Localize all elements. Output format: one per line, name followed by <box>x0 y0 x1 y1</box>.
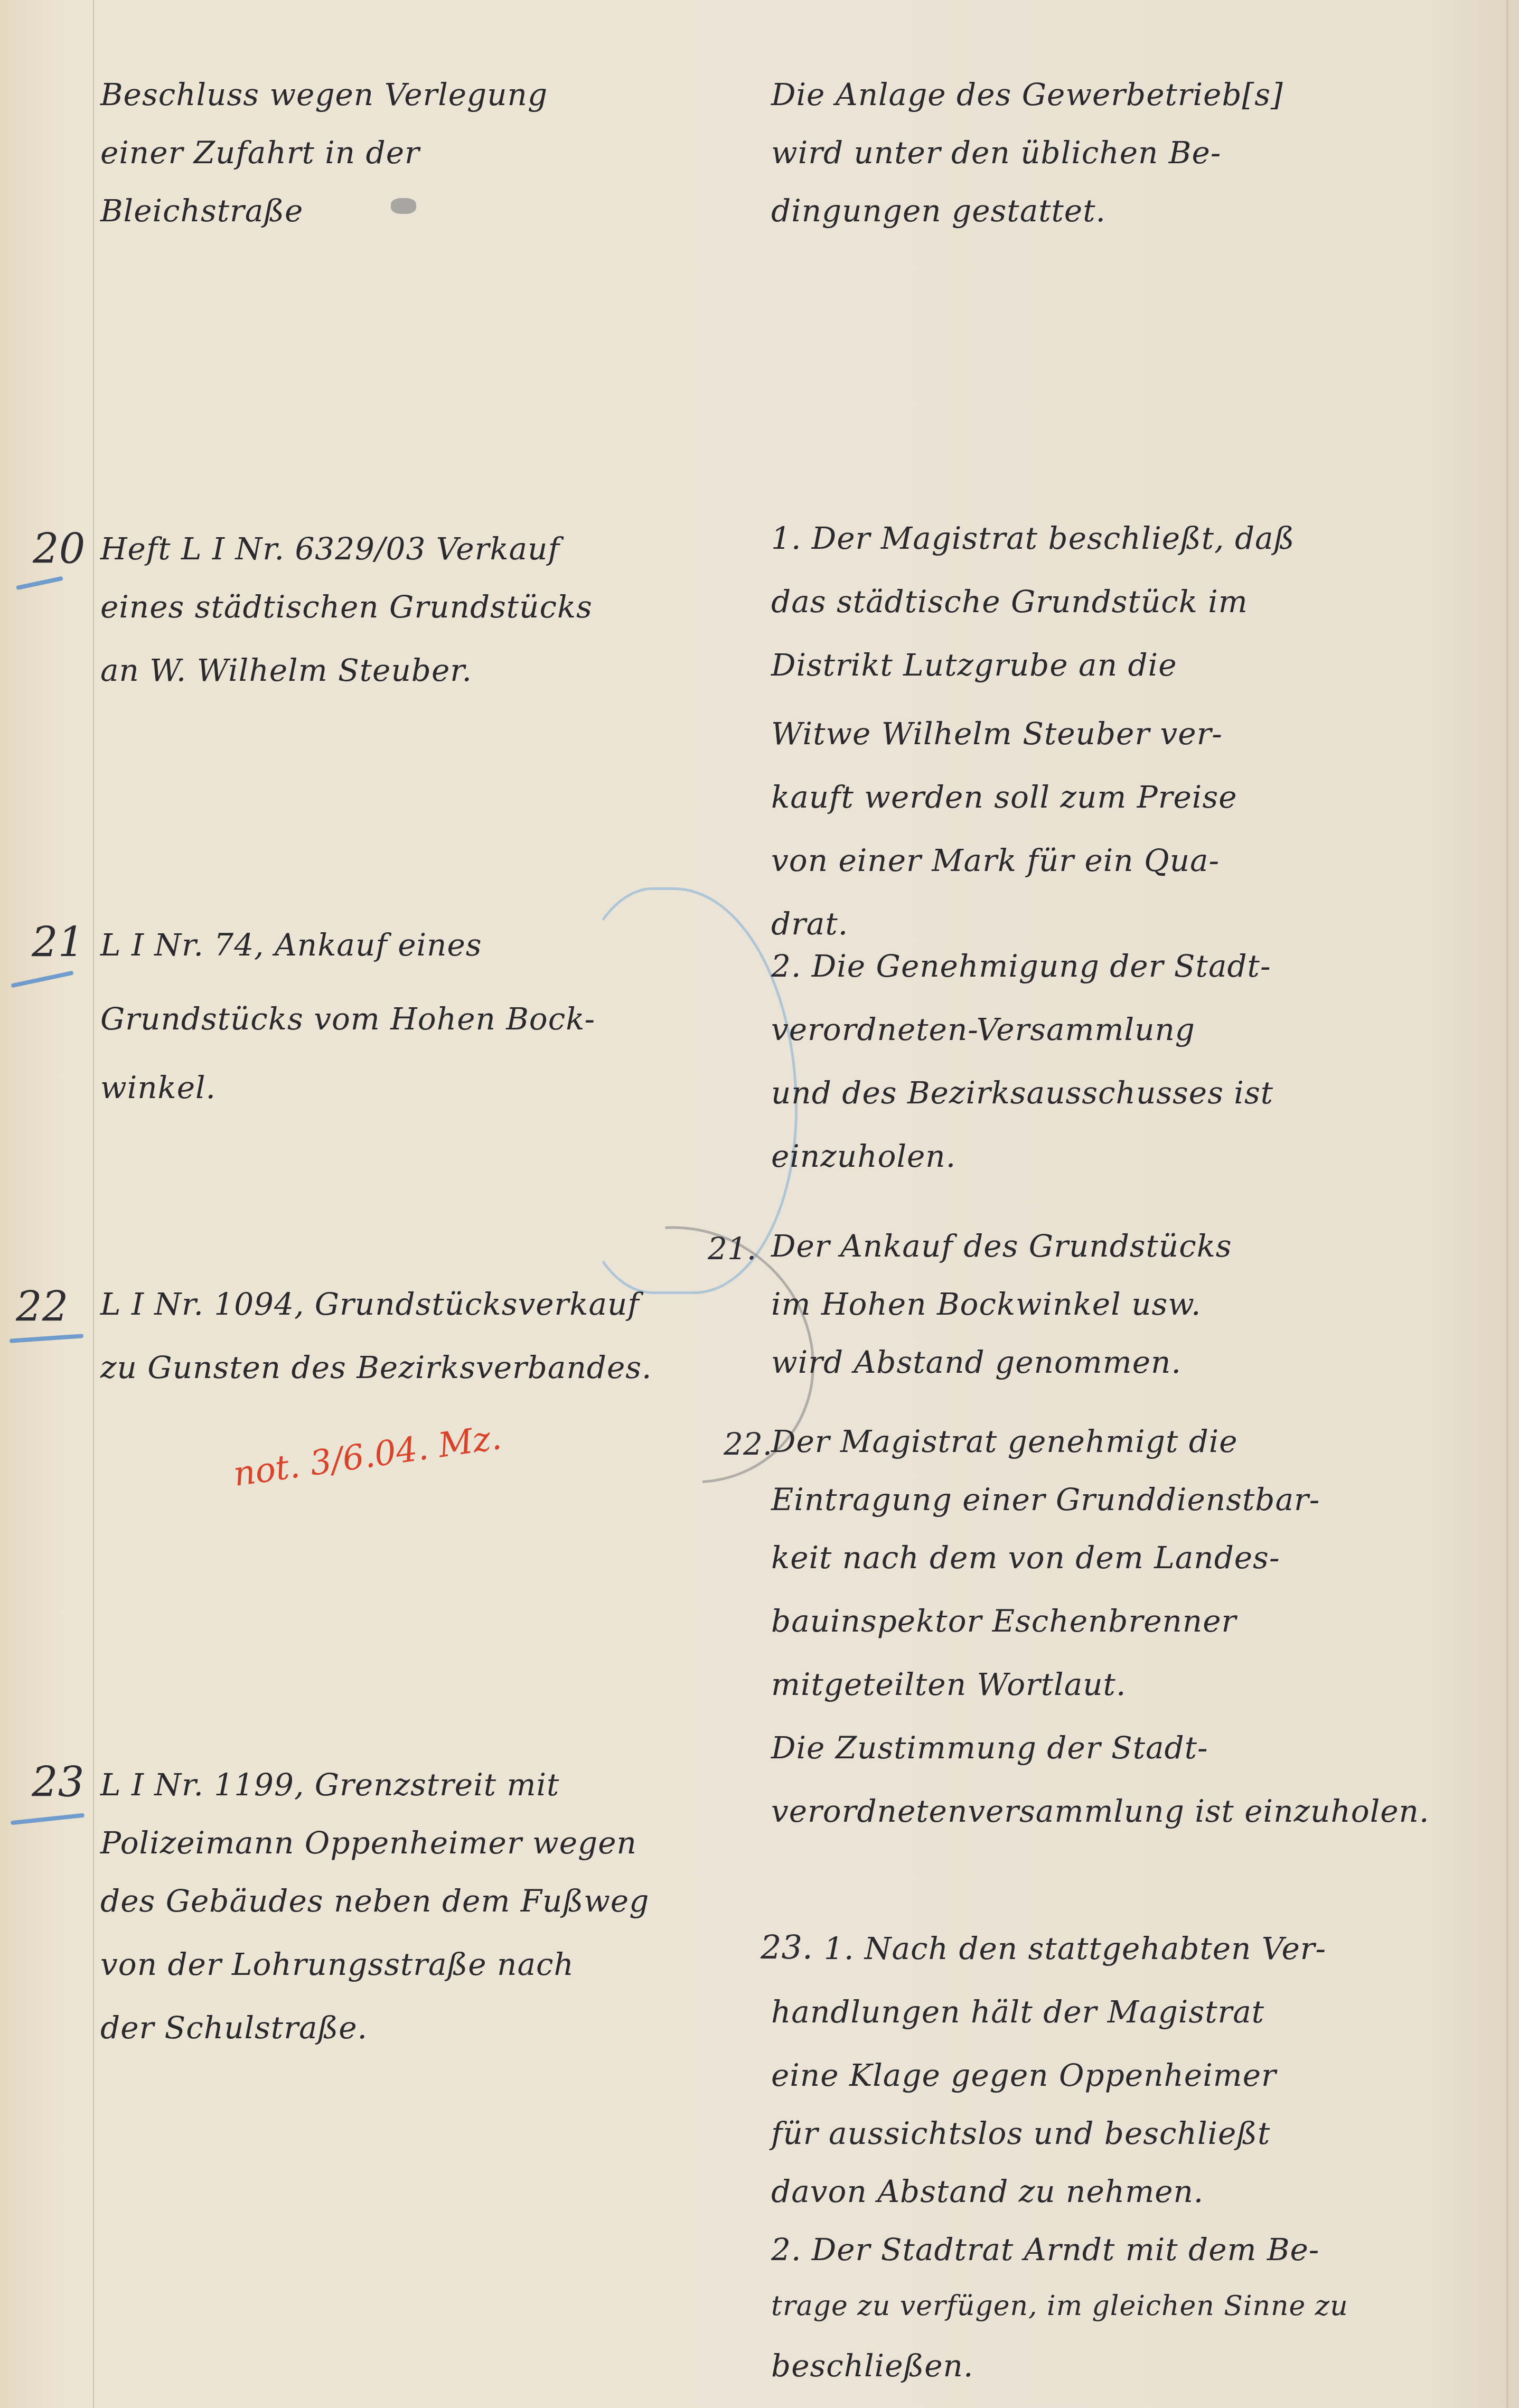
text-line: Distrikt Lutzgrube an die <box>771 650 1177 680</box>
text-line: kauft werden soll zum Preise <box>771 782 1237 812</box>
text-line: zu Gunsten des Bezirksverbandes. <box>100 1352 652 1383</box>
ink-blot <box>391 198 416 214</box>
blue-margin-tick <box>11 971 73 988</box>
text-line: 1. Der Magistrat beschließt, daß <box>771 523 1295 554</box>
page-edge <box>1506 0 1508 2408</box>
text-line: 2. Der Stadtrat Arndt mit dem Be- <box>771 2234 1319 2265</box>
text-line: verordnetenversammlung ist einzuholen. <box>771 1796 1429 1826</box>
text-line: Der Ankauf des Grundstücks <box>771 1231 1232 1261</box>
text-line: und des Bezirksausschusses ist <box>771 1077 1273 1108</box>
text-line: 2. Die Genehmigung der Stadt- <box>771 951 1271 981</box>
text-line: handlungen hält der Magistrat <box>771 1997 1264 2027</box>
text-line: eines städtischen Grundstücks <box>100 592 593 622</box>
text-line: von der Lohrungsstraße nach <box>100 1949 574 1980</box>
text-line: das städtische Grundstück im <box>771 586 1248 617</box>
text-line: davon Abstand zu nehmen. <box>771 2176 1204 2207</box>
text-line: verordneten-Versammlung <box>771 1014 1195 1045</box>
entry-number-22: 22 <box>16 1283 68 1331</box>
text-line: von einer Mark für ein Qua- <box>771 845 1220 876</box>
text-line: bauinspektor Eschenbrenner <box>771 1606 1236 1636</box>
text-line: Polizeimann Oppenheimer wegen <box>100 1828 637 1858</box>
text-line: L I Nr. 1094, Grundstücksverkauf <box>100 1289 640 1319</box>
text-line: 1. Nach den stattgehabten Ver- <box>824 1933 1326 1964</box>
entry-number-23-right: 23. <box>761 1928 813 1966</box>
blue-margin-tick <box>11 1813 85 1825</box>
text-line: Die Zustimmung der Stadt- <box>771 1732 1208 1763</box>
text-line: Bleichstraße <box>100 195 303 226</box>
entry-number-21: 21 <box>32 919 84 967</box>
text-line: Eintragung einer Grunddienstbar- <box>771 1484 1320 1515</box>
text-line: Witwe Wilhelm Steuber ver- <box>771 718 1223 749</box>
entry-number-22-right: 22. <box>724 1426 772 1462</box>
text-line: Der Magistrat genehmigt die <box>771 1426 1238 1457</box>
red-annotation: not. 3/6.04. Mz. <box>231 1418 504 1494</box>
text-line: wird Abstand genommen. <box>771 1347 1182 1378</box>
text-line: Heft L I Nr. 6329/03 Verkauf <box>100 533 560 564</box>
text-line: der Schulstraße. <box>100 2012 368 2043</box>
blue-margin-tick <box>10 1334 83 1343</box>
text-line: eine Klage gegen Oppenheimer <box>771 2060 1277 2091</box>
text-line: trage zu verfügen, im gleichen Sinne zu <box>771 2292 1348 2320</box>
text-line: für aussichtslos und beschließt <box>771 2118 1270 2149</box>
text-line: winkel. <box>100 1072 216 1103</box>
entry-number-20: 20 <box>33 526 85 573</box>
text-line: L I Nr. 74, Ankauf eines <box>100 930 482 960</box>
text-line: Die Anlage des Gewerbetrieb[s] <box>771 79 1283 110</box>
blue-margin-tick <box>16 576 63 591</box>
entry-number-23: 23 <box>32 1759 84 1806</box>
margin-rule <box>93 0 94 2408</box>
text-line: im Hohen Bockwinkel usw. <box>771 1289 1201 1319</box>
text-line: an W. Wilhelm Steuber. <box>100 655 472 686</box>
text-line: Beschluss wegen Verlegung <box>100 79 548 110</box>
text-line: des Gebäudes neben dem Fußweg <box>100 1886 649 1916</box>
text-line: drat. <box>771 908 848 939</box>
text-line: einzuholen. <box>771 1141 956 1172</box>
text-line: Grundstücks vom Hohen Bock- <box>100 1004 595 1034</box>
text-line: L I Nr. 1199, Grenzstreit mit <box>100 1769 559 1800</box>
text-line: dingungen gestattet. <box>771 195 1106 226</box>
text-line: beschließen. <box>771 2350 973 2381</box>
text-line: wird unter den üblichen Be- <box>771 137 1221 168</box>
text-line: mitgeteilten Wortlaut. <box>771 1669 1126 1700</box>
text-line: einer Zufahrt in der <box>100 137 420 168</box>
document-page: 20 21 22 23 Beschluss wegen Verlegung ei… <box>0 0 1519 2408</box>
text-line: keit nach dem von dem Landes- <box>771 1542 1280 1573</box>
entry-number-21-right: 21. <box>708 1231 756 1267</box>
